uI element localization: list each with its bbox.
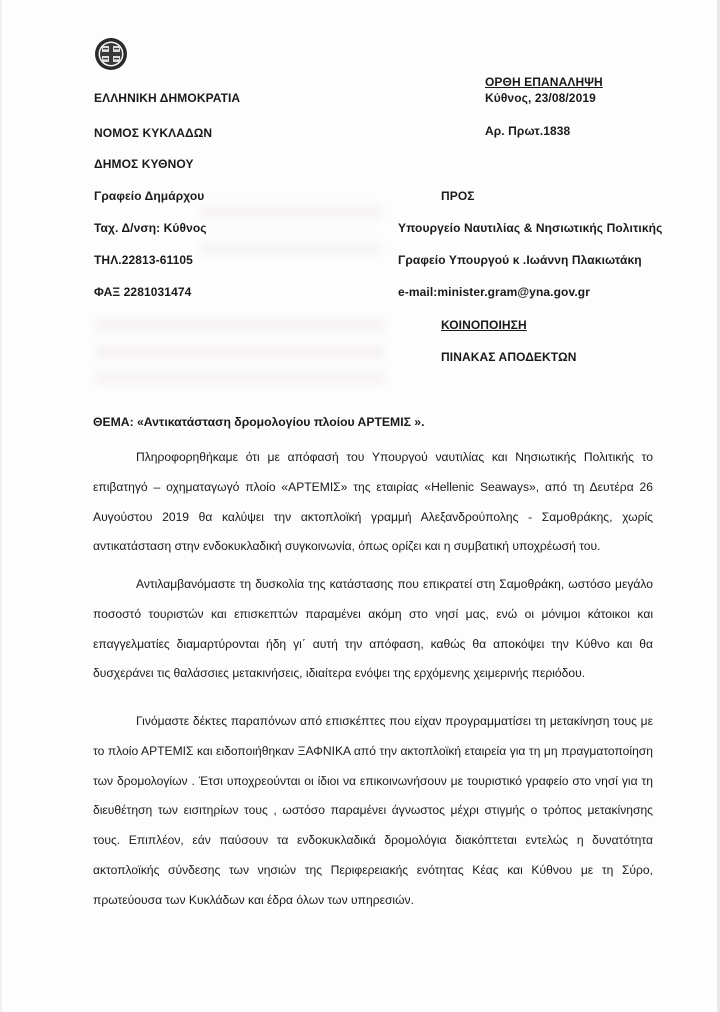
office-name: Γραφείο Δημάρχου <box>94 189 204 203</box>
recipient-office: Γραφείο Υπουργού κ .Ιωάννη Πλακιωτάκη <box>398 253 642 267</box>
faded-area <box>95 318 385 332</box>
postal-address: Ταχ. Δ/νση: Κύθνος <box>94 221 207 235</box>
cc-list: ΠΙΝΑΚΑΣ ΑΠΟΔΕΚΤΩΝ <box>441 350 577 364</box>
faded-area <box>95 345 385 359</box>
letter-body-paragraph-3: Γινόμαστε δέκτες παραπόνων από επισκέπτε… <box>93 707 653 916</box>
paragraph-text: Αντιλαμβανόμαστε τη δυσκολία της κατάστα… <box>93 570 653 689</box>
recipient-ministry: Υπουργείο Ναυτιλίας & Νησιωτικής Πολιτικ… <box>398 221 662 235</box>
letter-subject: ΘΕΜΑ: «Αντικατάσταση δρομολογίου πλοίου … <box>93 415 424 429</box>
recipient-label: ΠΡΟΣ <box>441 189 475 203</box>
phone-number: ΤΗΛ.22813-61105 <box>94 253 193 267</box>
greek-coat-of-arms-icon <box>94 37 128 71</box>
page-edge-left <box>0 0 2 1012</box>
letter-body-paragraph-1: Πληροφορηθήκαμε ότι με απόφασή του Υπουρ… <box>93 443 653 562</box>
country-name: ΕΛΛΗΝΙΚΗ ΔΗΜΟΚΡΑΤΙΑ <box>94 91 240 105</box>
fax-number: ΦΑΞ 2281031474 <box>94 285 191 299</box>
paragraph-text: Γινόμαστε δέκτες παραπόνων από επισκέπτε… <box>93 707 653 916</box>
prefecture-name: ΝΟΜΟΣ ΚΥΚΛΑΔΩΝ <box>94 126 212 140</box>
faded-area <box>200 243 380 255</box>
recipient-email[interactable]: e-mail:minister.gram@yna.gov.gr <box>398 285 590 299</box>
protocol-number: Αρ. Πρωτ.1838 <box>485 124 570 138</box>
place-date: Κύθνος, 23/08/2019 <box>485 91 596 105</box>
faded-area <box>200 205 380 219</box>
faded-area <box>95 371 385 385</box>
correction-notice: ΟΡΘΗ ΕΠΑΝΑΛΗΨΗ <box>485 75 603 89</box>
letter-body-paragraph-2: Αντιλαμβανόμαστε τη δυσκολία της κατάστα… <box>93 570 653 689</box>
letter-page: ΕΛΛΗΝΙΚΗ ΔΗΜΟΚΡΑΤΙΑ ΝΟΜΟΣ ΚΥΚΛΑΔΩΝ ΔΗΜΟΣ… <box>0 0 720 1012</box>
paragraph-text: Πληροφορηθήκαμε ότι με απόφασή του Υπουρ… <box>93 443 653 562</box>
cc-label: ΚΟΙΝΟΠΟΙΗΣΗ <box>441 318 527 332</box>
municipality-name: ΔΗΜΟΣ ΚΥΘΝΟΥ <box>94 157 194 171</box>
